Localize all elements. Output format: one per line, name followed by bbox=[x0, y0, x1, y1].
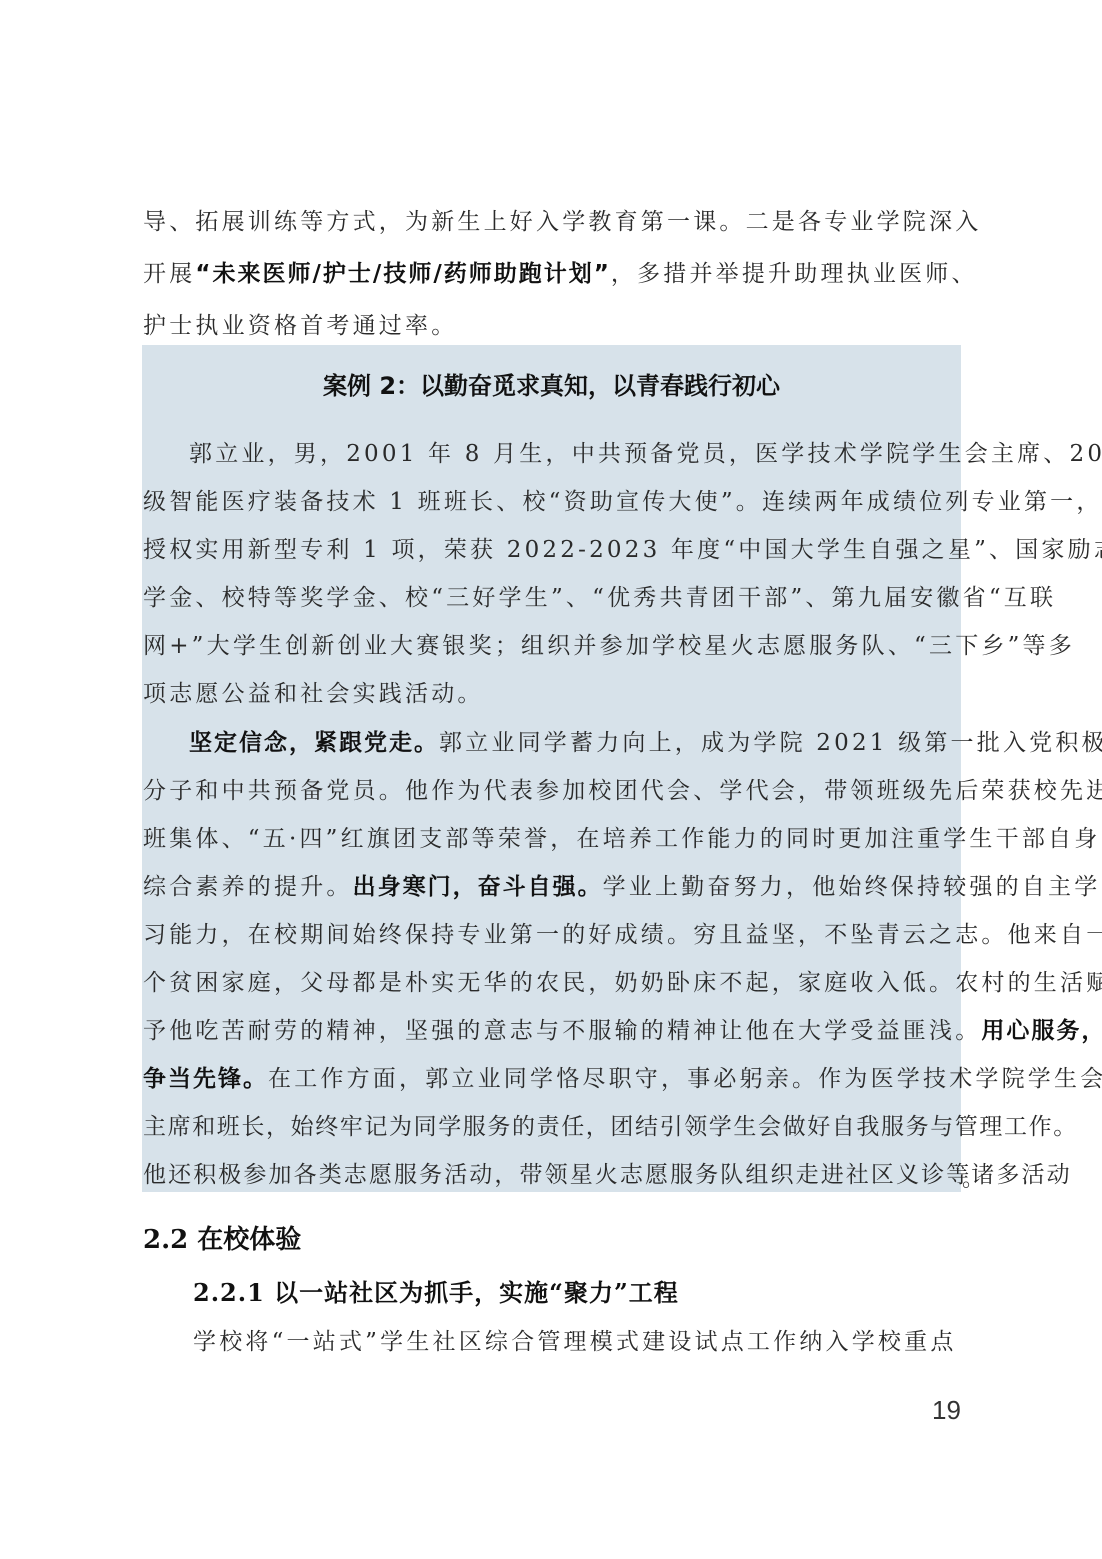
case-para2-line-1: 坚定信念，紧跟党走。郭立业同学蓄力向上，成为学院 2021 级第一批入党积极 bbox=[143, 719, 961, 767]
case-para2-line-8: 争当先锋。在工作方面，郭立业同学恪尽职守，事必躬亲。作为医学技术学院学生会 bbox=[143, 1055, 961, 1103]
case-para2-line-1-rest: 郭立业同学蓄力向上，成为学院 2021 级第一批入党积极 bbox=[439, 730, 1102, 756]
intro-line-2-post: ，多措并举提升助理执业医师、 bbox=[611, 261, 978, 287]
case-para2-line-7: 予他吃苦耐劳的精神，坚强的意志与不服输的精神让他在大学受益匪浅。用心服务， bbox=[143, 1007, 961, 1055]
case-para2-line-8-rest: 在工作方面，郭立业同学恪尽职守，事必躬亲。作为医学技术学院学生会 bbox=[268, 1066, 1102, 1092]
case-para2-line-9: 主席和班长，始终牢记为同学服务的责任，团结引领学生会做好自我服务与管理工作。 bbox=[143, 1103, 961, 1151]
intro-line-1: 导、拓展训练等方式，为新生上好入学教育第一课。二是各专业学院深入 bbox=[143, 198, 961, 246]
case-para2-line-2: 分子和中共预备党员。他作为代表参加校团代会、学代会，带领班级先后荣获校先进 bbox=[143, 767, 961, 815]
case-para1-line-6: 项志愿公益和社会实践活动。 bbox=[143, 670, 961, 718]
bold-phrase-faith: 坚定信念，紧跟党走。 bbox=[189, 730, 439, 756]
intro-line-2-pre: 开展 bbox=[143, 261, 195, 287]
case-para2-line-4: 综合素养的提升。出身寒门，奋斗自强。学业上勤奋努力，他始终保持较强的自主学 bbox=[143, 863, 961, 911]
section-body-line-1: 学校将“一站式”学生社区综合管理模式建设试点工作纳入学校重点 bbox=[193, 1318, 963, 1366]
case-para2-line-4-post: 学业上勤奋努力，他始终保持较强的自主学 bbox=[603, 874, 1101, 900]
bold-phrase-self-reliance: 出身寒门，奋斗自强。 bbox=[353, 874, 603, 900]
case-para2-line-5: 习能力，在校期间始终保持专业第一的好成绩。穷且益坚，不坠青云之志。他来自一 bbox=[143, 911, 961, 959]
case-para2-line-4-pre: 综合素养的提升。 bbox=[143, 874, 353, 900]
intro-line-3: 护士执业资格首考通过率。 bbox=[143, 302, 961, 350]
case-para1-line-5: 网+”大学生创新创业大赛银奖；组织并参加学校星火志愿服务队、“三下乡”等多 bbox=[143, 622, 961, 670]
section-heading-2-2-1: 2.2.1 以一站社区为抓手，实施“聚力”工程 bbox=[193, 1273, 679, 1308]
case-para2-line-6: 个贫困家庭，父母都是朴实无华的农民，奶奶卧床不起，家庭收入低。农村的生活赋 bbox=[143, 959, 961, 1007]
bold-phrase-pioneer: 争当先锋。 bbox=[143, 1066, 268, 1092]
intro-line-2: 开展“未来医师/护士/技师/药师助跑计划”，多措并举提升助理执业医师、 bbox=[143, 250, 961, 298]
case-para1-line-4: 学金、校特等奖学金、校“三好学生”、“优秀共青团干部”、第九届安徽省“互联 bbox=[143, 574, 961, 622]
section-heading-2-2: 2.2 在校体验 bbox=[143, 1219, 301, 1256]
page-number: 19 bbox=[932, 1395, 961, 1426]
case-para1-line-3: 授权实用新型专利 1 项，荣获 2022-2023 年度“中国大学生自强之星”、… bbox=[143, 526, 961, 574]
case-para2-line-7-pre: 予他吃苦耐劳的精神，坚强的意志与不服输的精神让他在大学受益匪浅。 bbox=[143, 1018, 981, 1044]
case-para2-line-10: 他还积极参加各类志愿服务活动，带领星火志愿服务队组织走进社区义诊等诸多活动 bbox=[143, 1151, 961, 1199]
trailing-period: 。 bbox=[962, 1162, 984, 1193]
case-para1-line-1: 郭立业，男，2001 年 8 月生，中共预备党员，医学技术学院学生会主席、202… bbox=[143, 430, 961, 478]
intro-bold-plan: “未来医师/护士/技师/药师助跑计划” bbox=[195, 261, 610, 287]
case-para2-line-3: 班集体、“五·四”红旗团支部等荣誉，在培养工作能力的同时更加注重学生干部自身 bbox=[143, 815, 961, 863]
case-para1-line-2: 级智能医疗装备技术 1 班班长、校“资助宣传大使”。连续两年成绩位列专业第一， bbox=[143, 478, 961, 526]
case-title: 案例 2：以勤奋觅求真知，以青春践行初心 bbox=[142, 366, 961, 401]
bold-phrase-service: 用心服务， bbox=[981, 1018, 1102, 1044]
